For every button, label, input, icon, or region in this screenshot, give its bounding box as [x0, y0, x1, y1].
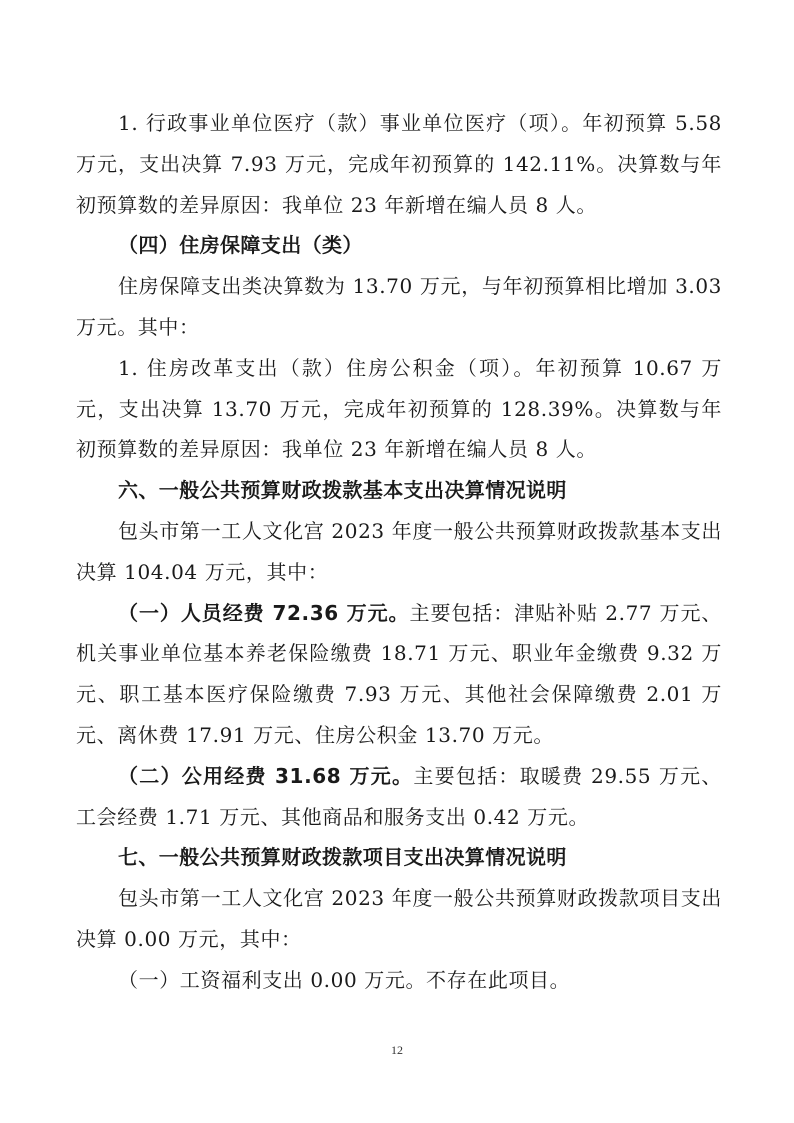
page-content: 1. 行政事业单位医疗（款）事业单位医疗（项）。年初预算 5.58 万元，支出决…	[76, 103, 722, 1001]
personnel-expenses-lead: （一）人员经费 72.36 万元。	[118, 601, 410, 625]
paragraph-project-expenditure-summary: 包头市第一工人文化宫 2023 年度一般公共预算财政拨款项目支出决算 0.00 …	[76, 878, 722, 960]
document-page: 1. 行政事业单位医疗（款）事业单位医疗（项）。年初预算 5.58 万元，支出决…	[0, 0, 794, 1123]
heading-section-seven: 七、一般公共预算财政拨款项目支出决算情况说明	[76, 837, 722, 878]
paragraph-wages-welfare: （一）工资福利支出 0.00 万元。不存在此项目。	[76, 960, 722, 1001]
paragraph-public-expenses: （二）公用经费 31.68 万元。主要包括：取暖费 29.55 万元、工会经费 …	[76, 756, 722, 838]
paragraph-housing-summary: 住房保障支出类决算数为 13.70 万元，与年初预算相比增加 3.03 万元。其…	[76, 266, 722, 348]
subheading-housing-security: （四）住房保障支出（类）	[76, 225, 722, 266]
heading-section-six: 六、一般公共预算财政拨款基本支出决算情况说明	[76, 470, 722, 511]
paragraph-housing-fund-item: 1. 住房改革支出（款）住房公积金（项）。年初预算 10.67 万元，支出决算 …	[76, 348, 722, 470]
paragraph-basic-expenditure-summary: 包头市第一工人文化宫 2023 年度一般公共预算财政拨款基本支出决算 104.0…	[76, 511, 722, 593]
public-expenses-lead: （二）公用经费 31.68 万元。	[118, 764, 413, 788]
page-number: 12	[0, 1043, 794, 1058]
paragraph-personnel-expenses: （一）人员经费 72.36 万元。主要包括：津贴补贴 2.77 万元、机关事业单…	[76, 593, 722, 756]
paragraph-medical-item: 1. 行政事业单位医疗（款）事业单位医疗（项）。年初预算 5.58 万元，支出决…	[76, 103, 722, 225]
